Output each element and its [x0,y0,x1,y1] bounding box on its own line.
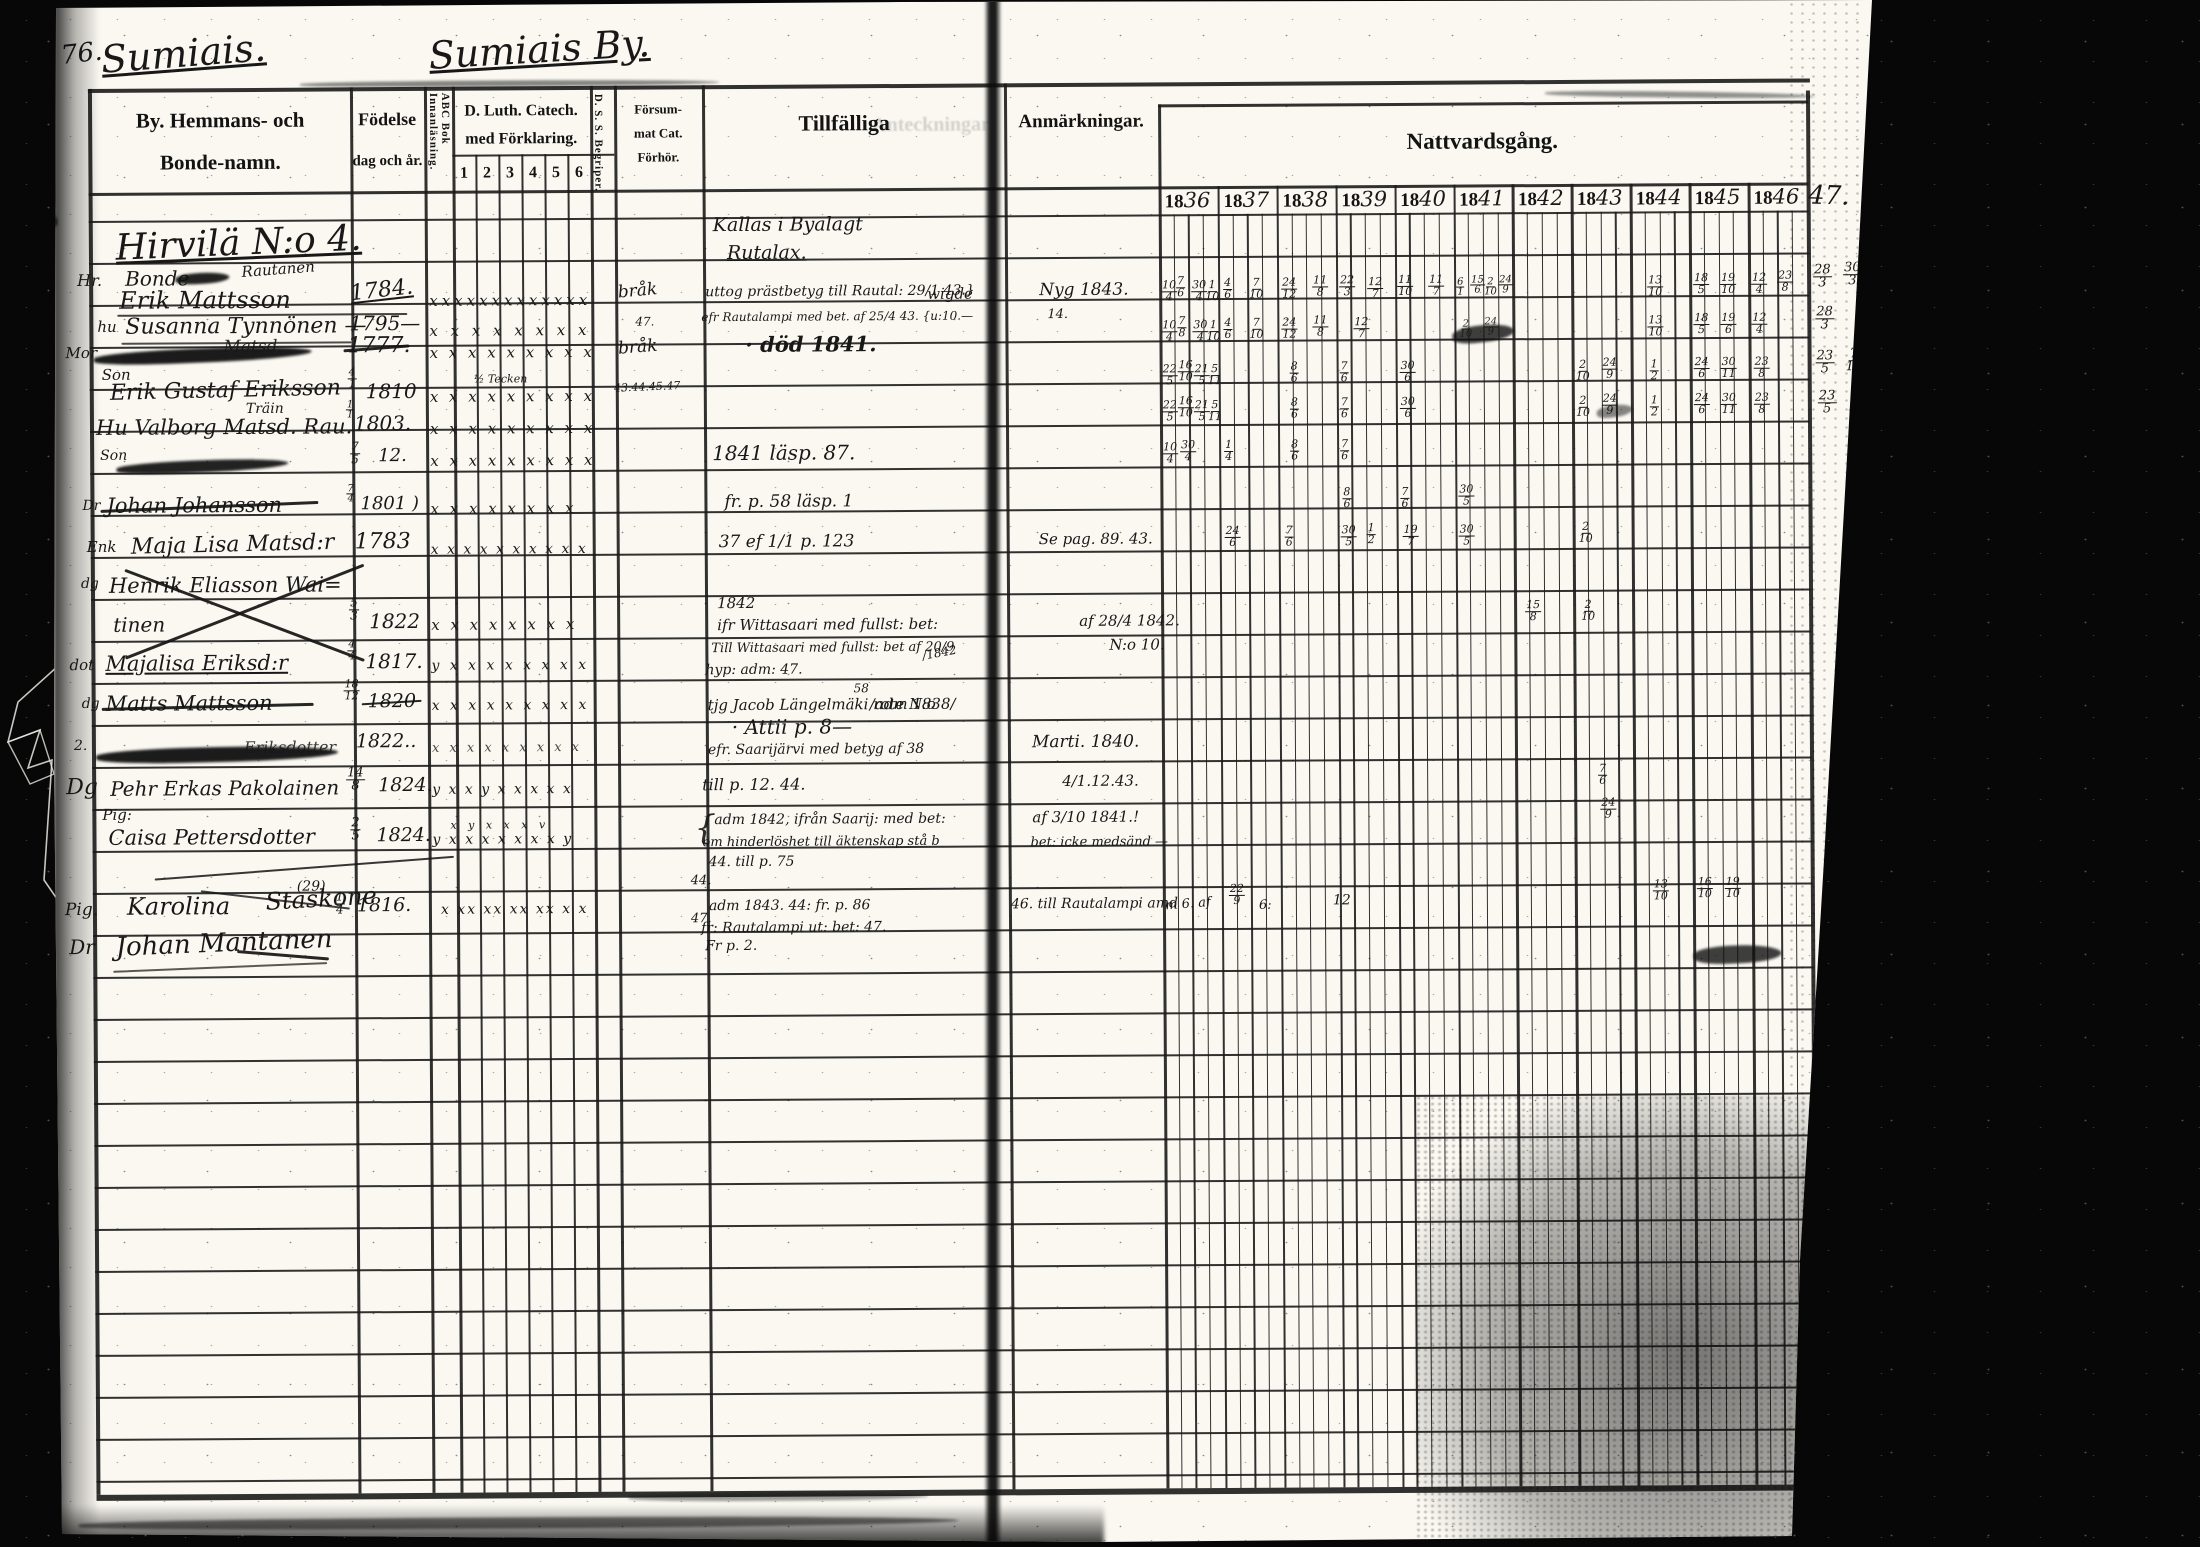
year-printed-prefix: 18 [1518,189,1537,210]
person-name: Hu Valborg Matsd. Rau. [96,416,352,439]
forsummat-note: 47. [635,316,654,328]
grid-line-horizontal [91,504,1811,516]
communion-date: 76 [1340,440,1356,462]
col-header-name-2: Bonde-namn. [90,149,350,176]
year-handwritten-digits: 39 [1360,187,1387,211]
year-handwritten-digits: 40 [1419,187,1446,211]
person-name: Eriksdotter [244,739,336,756]
date-fraction: 104 [1161,281,1177,303]
grid-line-horizontal [93,966,1813,978]
communion-date: 210 [1579,522,1600,544]
communion-date: 1610 [1697,877,1720,899]
tillfalliga-note: adm 1843. 44: fr. p. 86 [709,898,871,913]
col-header-catech-2: med Förklaring. [452,130,590,149]
spine-grime [54,0,100,1547]
grid-line-horizontal [94,1050,1814,1062]
tillfalliga-note: · död 1841. [745,333,876,355]
tillfalliga-note: om hinderlöshet till äktenskap stå b [702,835,939,849]
col-header-name-1: By. Hemmans- och [90,107,350,134]
date-fraction: 185 [1693,313,1709,335]
anmarkning-note: 4/1.12.43. [1062,774,1139,789]
date-fraction: 511 [1208,364,1222,386]
year-label: 1837 [1223,188,1269,213]
ink-blot [1545,90,1815,99]
communion-date: 1910 [1720,273,1743,295]
catechism-marks: x xx xx xx xx x x [441,902,589,917]
year-printed-prefix: 18 [1341,190,1360,211]
year-printed-prefix: 18 [1400,190,1419,211]
date-fraction: 1310 [1653,880,1669,902]
forsummat-note: 43.44.45.47 [614,380,681,394]
communion-date: 76 [1340,398,1356,420]
communion-date: 1310 [1647,316,1670,338]
anmarkning-note: Marti. 1840. [1032,734,1140,752]
communion-date: 117 [1428,275,1451,297]
date-fraction: 238 [1754,357,1770,379]
year-printed-prefix: 18 [1165,191,1184,212]
catechism-marks: x x x x x x x x x [432,741,582,755]
communion-date: 197 [1403,525,1426,547]
communion-date: 76 [1176,277,1192,299]
date-fraction: 3011 [1721,393,1737,415]
year-printed-prefix: 18 [1754,188,1773,209]
date-fraction: 229 [1229,884,1245,906]
year-printed-prefix: 18 [1282,191,1301,212]
communion-date: 246 [1694,393,1717,415]
date-fraction: 210 [1579,522,1593,544]
communion-date: 185 [1693,313,1716,335]
communion-date: 238 [1754,357,1777,379]
col-header-abc: ABC Bok Innanläsning. [427,93,452,217]
date-fraction: 78 [1177,317,1186,339]
grid-line-vertical [1380,213,1389,1487]
communion-date: 3011 [1721,357,1744,379]
person-name: Erik Gustaf Eriksson [110,377,341,404]
catechism-marks: x x x x x x x x x [430,453,595,469]
date-fraction: 46 [1223,318,1232,340]
communion-date: 305 [1458,485,1481,507]
date-fraction: 210 [1459,319,1472,339]
person-name: Pehr Erkas Pakolainen [110,777,339,798]
communion-date: 1310 [1653,880,1676,902]
catechism-marks: xxxxxxxxxxxxx [429,293,591,309]
catechism-note: ½ Tecken [474,373,528,384]
date-fraction: 2412 [1281,278,1297,300]
date-fraction: 710 [1249,278,1263,300]
date-fraction: 196 [1720,313,1736,335]
tillfalliga-note: 37 ef 1/1 p. 123 [719,533,855,551]
date-fraction: 511 [1208,400,1222,422]
tillfalliga-note: adm 1842, ifrån Saarij: med bet: [714,812,945,827]
communion-date: 25 [350,817,367,843]
corner-degradation [1415,1095,1815,1545]
strike-line [155,856,454,881]
date-fraction: 76 [1340,362,1349,384]
catechism-marks: x x x x x x x x [431,617,577,633]
village-title: Sumiais By. [428,24,651,75]
tillfalliga-note: 44. till p. 75 [709,855,795,870]
date-fraction: 305 [1459,525,1475,547]
communion-date: 223 [1339,276,1362,298]
communion-date: 185 [1693,273,1716,295]
communion-date: 124 [1751,273,1774,295]
year-printed-prefix: 18 [1695,188,1714,209]
ink-blot [1693,944,1782,966]
date-fraction: 305 [1458,485,1474,507]
tillfalliga-note: till p. 12. 44. [702,777,805,794]
margin-note: Son [100,449,127,463]
tillfalliga-note: · Attii p. 8— [732,716,852,737]
birth-date: 1784. [349,276,414,305]
date-fraction: 76 [1340,440,1349,462]
date-fraction: 1610 [1178,361,1194,383]
date-fraction: 3011 [1721,357,1737,379]
person-name: Majalisa Eriksd:r [105,653,288,675]
date-fraction: 210 [1581,600,1595,622]
communion-date: 148 [346,767,372,793]
communion-date: 86 [1290,362,1306,384]
communion-date: 249 [1602,358,1625,380]
tillfalliga-note: hyp: adm: 47. [705,663,802,678]
tillfalliga-note: Fr p. 2. [705,939,757,953]
forsummat-note: 44. [691,874,712,887]
date-fraction: 1110 [1397,275,1413,297]
communion-date: 78 [1177,317,1193,339]
communion-date: 86 [1290,398,1306,420]
grid-line-horizontal [90,462,1810,474]
communion-date: 86 [1342,488,1358,510]
year-handwritten-digits: 38 [1301,187,1328,211]
year-handwritten-digits: 42 [1537,186,1564,210]
communion-date: 511 [1208,364,1229,386]
date-fraction: 1910 [1720,273,1736,295]
communion-date: 246 [1225,526,1248,548]
date-fraction: 124 [1751,313,1767,335]
date-fraction: 148 [346,767,365,793]
birth-date: 1824. [378,776,433,795]
date-fraction: 12 [1367,523,1376,545]
birth-date: 1824. [376,826,431,845]
col-header-forsummat-2: mat Cat. [614,125,702,142]
year-printed-prefix: 18 [1636,188,1655,209]
date-fraction: 225 [1162,365,1178,387]
date-fraction: 1310 [1647,316,1663,338]
col-header-forsummat-1: Försum- [614,101,702,118]
anmarkning-note: Se pag. 89. 43. [1039,531,1153,547]
date-fraction: 76 [1285,526,1294,548]
birth-date: 1803. [354,413,411,433]
communion-date: 306 [1400,397,1423,419]
forsummat-note: bråk [617,338,658,358]
handwritten-text: 12 [1333,893,1351,907]
communion-date: 511 [1208,400,1229,422]
handwritten-text: m 6. af [1165,896,1211,912]
grid-line-horizontal [91,546,1811,558]
anmarkning-note: Nyg 1843. [1039,282,1129,300]
tillfalliga-note: /adm 1838/ [870,697,956,713]
catech-col-number: 4 [521,164,544,182]
communion-date: 2412 [1281,318,1304,340]
tillfalliga-note: Rutalax. [727,244,807,263]
year-handwritten-digits: 37 [1242,188,1269,212]
communion-date: 127 [1353,317,1376,339]
date-fraction: 223 [1339,276,1355,298]
year-printed-prefix: 18 [1577,189,1596,210]
date-fraction: 246 [1694,357,1710,379]
communion-date: 118 [1312,276,1335,298]
margin-note: Pig: [102,808,132,823]
date-fraction: 75 [350,441,360,465]
anmarkning-note: af 3/10 1841.! [1032,810,1139,826]
grid-line-horizontal [93,924,1813,936]
communion-date: 249 [1498,275,1520,295]
communion-date: 127 [1367,277,1390,299]
year-handwritten-digits: 44 [1655,185,1682,209]
year-label: 1843 [1577,186,1623,211]
tillfalliga-note: wigde [927,287,973,302]
person-name: Karolina [127,894,230,919]
communion-date: 46 [1223,278,1239,300]
communion-date: 710 [1249,318,1270,340]
birth-date: 12. [378,447,407,465]
catechism-marks: x y x x x v [450,819,549,831]
date-fraction: 74 [346,484,354,504]
year-label: 1844 [1636,185,1682,210]
date-fraction: 127 [1367,277,1383,299]
date-fraction: 76 [1340,398,1349,420]
year-label: 1845 [1695,185,1741,210]
col-header-birth-1: Födelse [350,109,424,130]
date-fraction: 124 [1751,273,1767,295]
date-fraction: 76 [1176,277,1185,299]
communion-date: 75 [350,441,367,465]
grid-line-horizontal [92,798,1812,810]
communion-date: 158 [1525,600,1548,622]
communion-date: 46 [1223,318,1239,340]
date-fraction: 225 [1162,401,1178,423]
anmarkning-note: af 28/4 1842. [1079,613,1180,629]
catechism-marks: x x x x x x x x x [430,389,595,405]
tillfalliga-note: 58 [854,682,869,694]
date-fraction: 1310 [1647,276,1663,298]
date-fraction: 249 [1498,275,1513,295]
date-fraction: 249 [1600,798,1616,820]
anmarkning-note: 46. till Rautalampi amd [1011,896,1178,911]
date-fraction: 12 [1650,396,1659,418]
year-printed-prefix: 18 [1223,191,1242,212]
tillfalliga-note: fr. p. 58 läsp. 1 [724,493,853,511]
communion-date: 1910 [1725,877,1748,899]
birth-date: 1822.. [356,732,417,751]
farm-heading: Hirvilä N:o 4. [115,221,362,267]
grid-line-vertical [1158,104,1169,1488]
communion-date: 76 [1598,764,1614,786]
birth-date: 1810 [366,381,417,401]
communion-date: 53 [349,597,366,621]
date-fraction: 246 [1225,526,1241,548]
year-label: 1840 [1400,187,1446,212]
person-name: Erik Mattsson [119,288,291,313]
catechism-marks: y x x x x x x x x [431,658,589,673]
date-fraction: 210 [1576,360,1590,382]
date-fraction: 14 [335,892,345,916]
communion-date: 76 [1400,487,1416,509]
date-fraction: 197 [1403,525,1419,547]
communion-date: 246 [1694,357,1717,379]
communion-date: 12 [1650,360,1666,382]
date-fraction: 249 [1602,358,1618,380]
date-fraction: 1812 [344,680,360,702]
anmarkning-note: N:o 10. [1109,637,1164,652]
catech-col-number: 6 [567,164,590,182]
communion-date: 2412 [1281,278,1304,300]
communion-date: 210 [1576,396,1597,418]
grid-line-vertical [1365,213,1374,1487]
date-fraction: 25 [350,817,360,843]
catech-col-number: 3 [498,164,521,182]
scanned-register-page: { "colors":{"paper":"#faf8f1","ink":"#19… [0,0,2200,1547]
year-label: 1839 [1341,187,1387,212]
communion-date: 1812 [344,680,367,702]
person-name: Caisa Pettersdotter [108,827,315,849]
grid-line-vertical [1306,214,1315,1488]
tillfalliga-note: 1842 [717,596,755,611]
date-fraction: 127 [1353,317,1369,339]
catechism-marks: x x x x x x x x [429,323,590,339]
year-label: 1836 [1165,188,1211,213]
tillfalliga-note: efr. Saarijärvi med betyg af 38 [708,742,924,757]
year-handwritten-digits: 41 [1478,186,1505,210]
date-fraction: 53 [349,598,359,622]
catech-col-number: 5 [544,164,567,182]
date-fraction: 104 [1162,443,1178,465]
communion-date: 196 [1720,313,1743,335]
date-fraction: 238 [1754,393,1770,415]
date-fraction: 210 [1484,277,1497,297]
date-fraction: 710 [1249,318,1263,340]
tillfalliga-note: 1841 läsp. 87. [712,442,855,463]
handwritten-text: 6: [1259,899,1272,912]
tillfalliga-note: efr Rautalampi med bet. af 25/4 43. {u:1… [701,310,973,324]
anmarkning-note: 14. [1047,308,1068,321]
date-fraction: 14 [1224,440,1233,462]
date-fraction: 86 [1290,362,1299,384]
communion-date: 210 [1576,360,1597,382]
date-fraction: 1610 [1697,877,1713,899]
grid-line-vertical [1004,83,1016,1489]
grid-line-vertical [1232,214,1241,1488]
catech-col-number: 2 [475,164,498,182]
grid-line-vertical [1262,214,1271,1488]
communion-date: 41 [348,368,364,390]
col-header-anmarkningar: Anmärkningar. [1004,110,1158,133]
date-fraction: 185 [1693,273,1709,295]
grid-line-vertical [1247,214,1256,1488]
date-fraction: 158 [1525,600,1541,622]
date-fraction: 61 [1456,277,1464,297]
date-fraction: 44 [347,640,356,662]
year-printed-prefix: 18 [1459,189,1478,210]
communion-date: 118 [1312,316,1335,338]
date-fraction: 2412 [1281,318,1297,340]
year-label: 1838 [1282,187,1328,212]
date-fraction: 117 [1428,275,1444,297]
tillfalliga-note: Kallas i Byalagt [713,215,863,235]
grid-line-vertical [590,86,601,1492]
year-handwritten-digits: 45 [1714,185,1741,209]
communion-date: 124 [1751,313,1774,335]
communion-date: 3011 [1721,393,1744,415]
catechism-marks: y x x y x x x x x [432,782,573,797]
date-fraction: 86 [1290,398,1299,420]
date-fraction: 86 [1290,440,1299,462]
communion-date: 306 [1400,361,1423,383]
catechism-marks: y x x x x x x x y [432,832,573,847]
catech-col-number: 1 [452,165,475,183]
date-fraction: 1610 [1178,397,1194,419]
col-header-tillfalliga-ghost: Anteckningar [872,113,990,137]
date-fraction: 76 [1400,487,1409,509]
date-fraction: 46 [1223,278,1232,300]
catechism-marks: x x x x x x x x [430,501,576,517]
date-fraction: 110 [1205,280,1219,302]
anmarkning-note: bet: icke medsänd — [1030,835,1168,849]
ink-blot [629,1492,929,1502]
communion-date: 305 [1341,526,1364,548]
year-label: 1842 [1518,186,1564,211]
communion-date: 710 [1249,278,1270,300]
col-header-forsummat-3: Förhör. [614,149,702,166]
date-fraction: 118 [1312,316,1328,338]
date-fraction: 210 [1576,396,1590,418]
communion-date: 14 [335,892,352,916]
birth-date: 1783 [355,531,411,553]
col-header-birth-2: dag och år. [348,153,426,170]
communion-date: 1310 [1647,276,1670,298]
date-fraction: 304 [1180,441,1196,463]
communion-date: 76 [1340,362,1356,384]
date-fraction: 156 [1470,275,1485,295]
person-name: tinen [113,614,165,634]
birth-date: 1795— [349,313,420,333]
grid-line-horizontal [94,1008,1814,1020]
birth-date: (29) [297,880,326,894]
catechism-marks: x x x x x x x x x [432,698,590,713]
date-fraction: 246 [1694,393,1710,415]
communion-date: 249 [1483,317,1505,337]
date-fraction: 118 [1312,276,1328,298]
catechism-marks: x x x x x x x x x [430,421,595,437]
communion-date: 210 [1459,319,1479,339]
person-name: Rautanen [241,259,315,280]
forsummat-note: bråk [617,281,658,302]
date-fraction: 76 [1598,764,1607,786]
date-fraction: 86 [1342,488,1351,510]
date-fraction: 1910 [1725,877,1741,899]
year-handwritten-digits: 36 [1184,188,1211,212]
margin-note: hu [97,320,116,335]
communion-date: 210 [1581,600,1602,622]
tillfalliga-note: ifr Wittasaari med fullst: bet: [717,617,938,633]
date-fraction: 41 [348,368,357,390]
tillfalliga-note: Till Wittasaari med fullst: bet af 20/9 [711,641,954,655]
date-fraction: 12 [1650,360,1659,382]
communion-date: 86 [1290,440,1306,462]
communion-date: 76 [1285,526,1301,548]
person-name: Susanna Tynnönen — [125,315,366,338]
col-header-catech-1: D. Luth. Catech. [452,102,590,121]
date-fraction: 306 [1400,397,1416,419]
